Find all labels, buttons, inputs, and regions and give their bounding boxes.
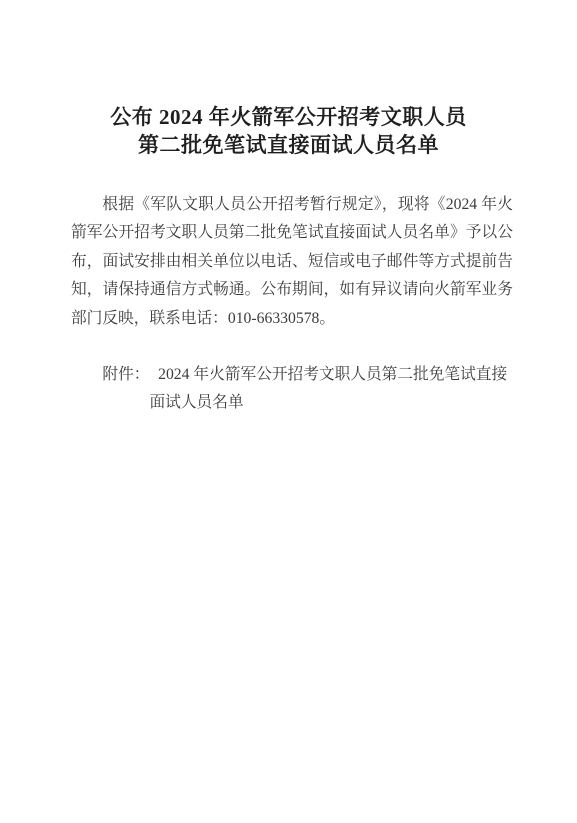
document-title: 公布 2024 年火箭军公开招考文职人员 第二批免笔试直接面试人员名单 [0, 103, 577, 159]
document-title-line-1: 公布 2024 年火箭军公开招考文职人员 [0, 103, 577, 131]
attachment-label: 附件： [102, 366, 158, 383]
document-content: 根据《军队文职人员公开招考暂行规定》，现将《2024 年火箭军公开招考文职人员第… [71, 191, 513, 418]
body-paragraph: 根据《军队文职人员公开招考暂行规定》，现将《2024 年火箭军公开招考文职人员第… [71, 191, 513, 333]
document-page: 公布 2024 年火箭军公开招考文职人员 第二批免笔试直接面试人员名单 根据《军… [0, 0, 577, 823]
document-title-line-2: 第二批免笔试直接面试人员名单 [0, 131, 577, 159]
attachment-reference: 附件：2024 年火箭军公开招考文职人员第二批免笔试直接面试人员名单 [71, 361, 513, 418]
attachment-title: 2024 年火箭军公开招考文职人员第二批免笔试直接面试人员名单 [150, 366, 508, 411]
